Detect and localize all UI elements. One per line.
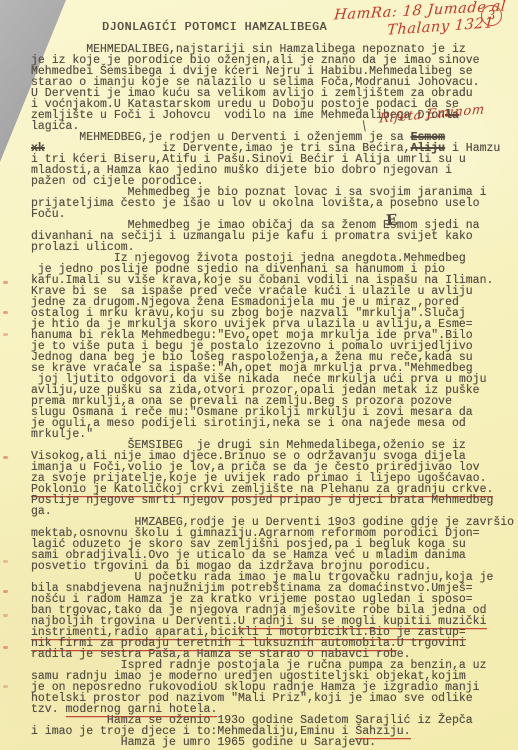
text-segment: prijateljima često je išao u lov u okoln… [31, 197, 480, 210]
document-title: DJONLAGIĆI POTOMCI HAMZALIBEGA [102, 21, 327, 34]
margin-mark [3, 646, 8, 649]
margin-mark [3, 614, 8, 617]
text-segment: je oguli,a meso podijeli sirotinji,neka … [31, 417, 466, 430]
document-body: MEHMEDALIBEG,najstariji sin Hamzalibega … [31, 44, 518, 748]
margin-mark [3, 281, 8, 284]
text-line: prijateljima često je išao u lov u okoln… [31, 198, 518, 209]
text-segment: Poslije njegove smrti njegov posjed prip… [31, 494, 493, 507]
margin-mark [3, 560, 8, 563]
text-segment: Hamza je umro 1965 godine u Sarajevu. [31, 736, 376, 749]
margin-mark [3, 590, 8, 593]
margin-mark [3, 311, 8, 314]
margin-mark [3, 685, 8, 688]
text-line: Poslije njegove smrti njegov posjed prip… [31, 495, 518, 506]
text-line: je oguli,a meso podijeli sirotinji,neka … [31, 418, 518, 429]
margin-mark [3, 456, 8, 459]
margin-mark [3, 333, 8, 336]
handwritten-letter-correction: E [385, 211, 398, 230]
text-line: Hamza je umro 1965 godine u Sarajevu. [31, 737, 518, 748]
scanned-document-page: HamRa: 18 Jumade al Thalany 1321 3 DJONL… [0, 0, 518, 750]
